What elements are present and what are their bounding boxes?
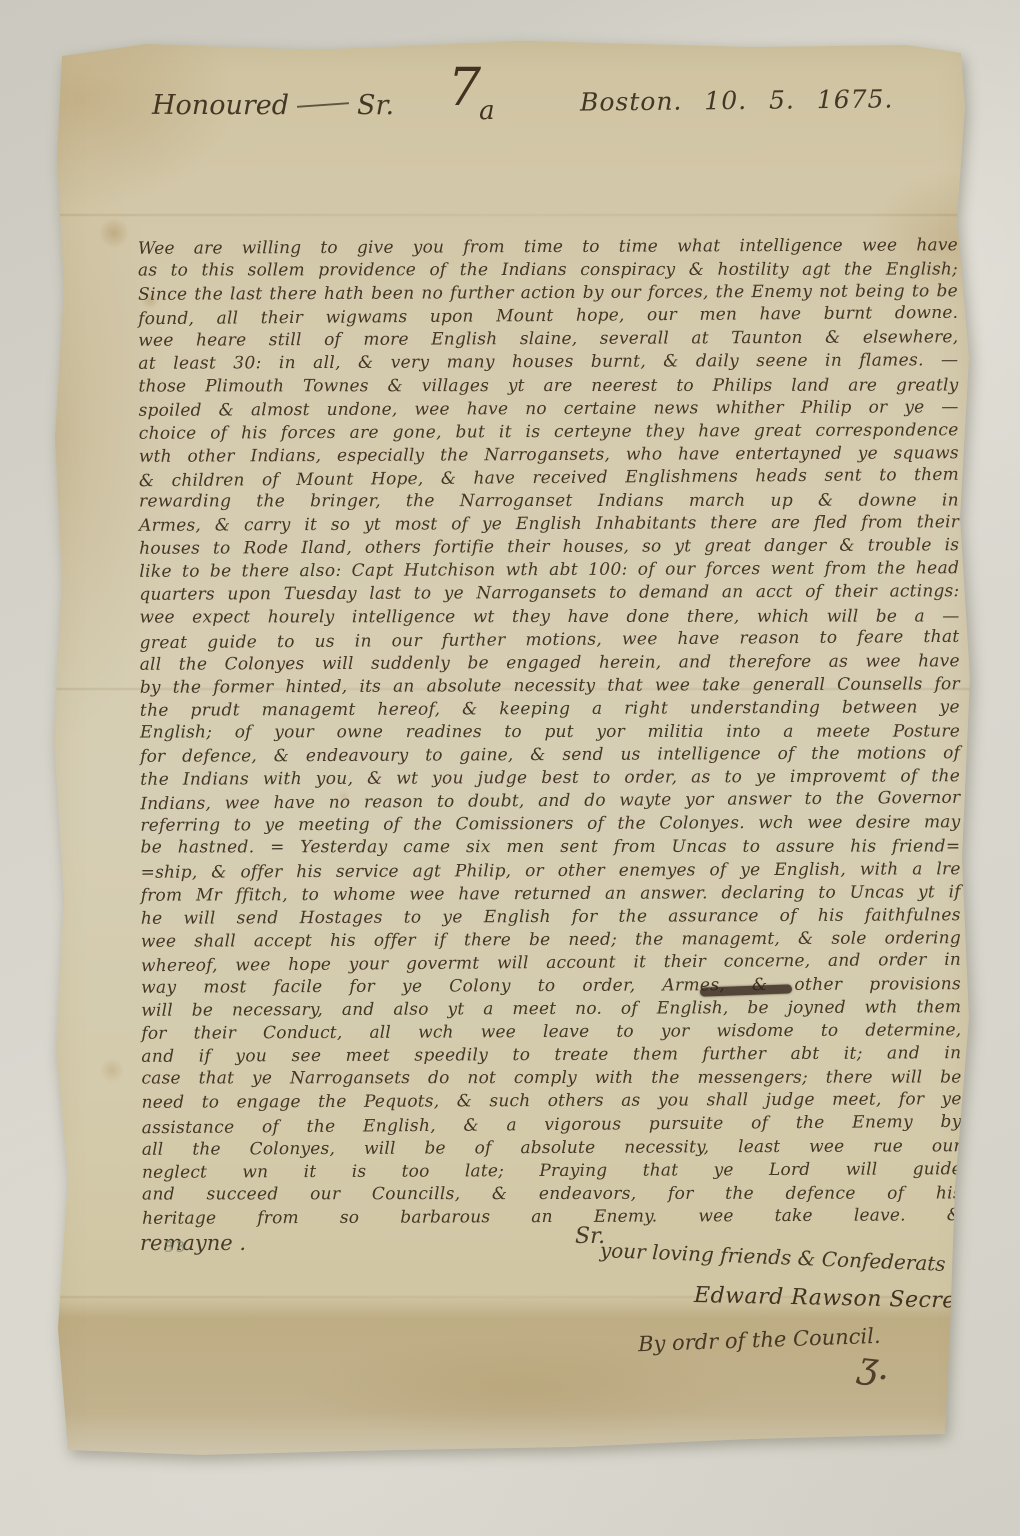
valediction: your loving friends & Confederats: [600, 1238, 947, 1276]
manuscript-line: spoiled & almost undone, wee have no cer…: [139, 396, 959, 423]
manuscript-line: those Plimouth Townes & villages yt are …: [138, 374, 958, 398]
body-lines: Wee are willing to give you from time to…: [138, 234, 962, 1231]
manuscript-line: Wee are willing to give you from time to…: [138, 234, 958, 261]
manuscript-paper: HonouredSr. 7a Boston. 10. 5. 1675. Wee …: [52, 38, 972, 1458]
fold-crease: [52, 214, 972, 216]
manuscript-line: neglect wn it is too late; Praying that …: [142, 1158, 962, 1185]
manuscript-line: be hastned. = Yesterday came six men sen…: [140, 836, 960, 860]
folio-letter: a: [479, 96, 495, 126]
closing-remayne: remayne .: [140, 1231, 246, 1255]
salutation-word: Honoured: [152, 90, 289, 121]
paraph-flourish: ʒ.: [856, 1344, 892, 1388]
manuscript-line: referring to ye meeting of the Comission…: [140, 812, 960, 839]
dateline: Boston. 10. 5. 1675.: [580, 84, 894, 116]
manuscript-line: he will send Hostages to ye English for …: [141, 904, 961, 931]
manuscript-line: choice of his forces are gone, but it is…: [139, 419, 959, 446]
manuscript-line: heritage from so barbarous an Enemy. wee…: [142, 1204, 962, 1231]
pen-stroke: [297, 102, 349, 108]
manuscript-line: wee expect hourely intelligence wt they …: [139, 605, 959, 629]
salutation: HonouredSr.: [152, 90, 394, 121]
archive-stamp-number: 33: [164, 1238, 187, 1256]
manuscript-line: and succeed our Councills, & endeavors, …: [142, 1182, 962, 1206]
manuscript-line: quarters upon Tuesday last to ye Narroga…: [139, 581, 959, 608]
manuscript-line: and if you see meet speedily to treate t…: [141, 1042, 961, 1069]
manuscript-line: case that ye Narrogansets do not comply …: [141, 1067, 961, 1091]
manuscript-line: at least 30: in all, & very many houses …: [138, 350, 958, 377]
signature-edward-rawson: Edward Rawson Secrety: [694, 1283, 979, 1314]
manuscript-line: rewarding the bringer, the Narroganset I…: [139, 490, 959, 514]
photograph-of-letter: HonouredSr. 7a Boston. 10. 5. 1675. Wee …: [0, 0, 1020, 1536]
folio-number: 7: [448, 58, 481, 118]
manuscript-line: the prudt managemt hereof, & keeping a r…: [140, 696, 960, 723]
manuscript-line: from Mr ffitch, to whome wee have return…: [141, 881, 961, 908]
manuscript-line: English; of your owne readines to put yo…: [140, 720, 960, 744]
manuscript-paper-wrapper: HonouredSr. 7a Boston. 10. 5. 1675. Wee …: [52, 38, 972, 1458]
manuscript-line: =ship, & offer his service agt Philip, o…: [141, 858, 961, 885]
manuscript-line: as to this sollem providence of the Indi…: [138, 259, 958, 283]
manuscript-line: by the former hinted, its an absolute ne…: [140, 673, 960, 700]
folio-mark: 7a: [448, 62, 495, 124]
by-order-of-council: By ordr of the Council.: [638, 1324, 881, 1356]
salutation-abbreviation: Sr.: [357, 90, 394, 121]
